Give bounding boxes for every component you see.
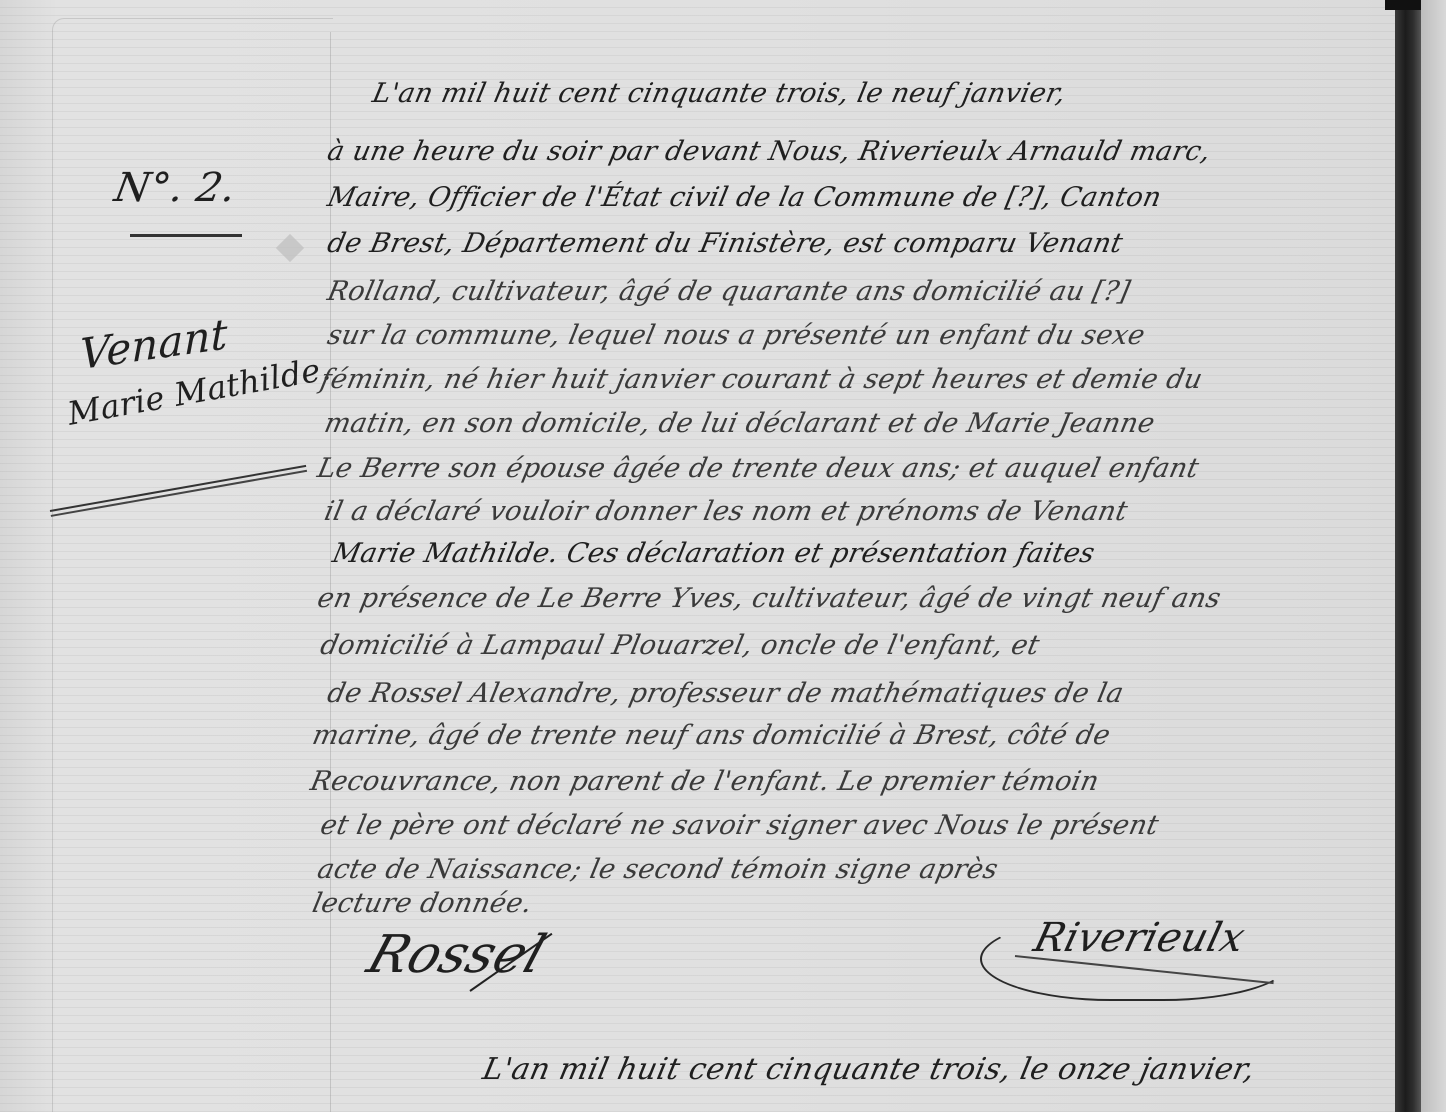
- body-line-8: matin, en son domicile, de lui déclarant…: [322, 410, 1157, 437]
- signature-mayor-block: Riverieulx: [975, 905, 1295, 1015]
- body-line-7: féminin, né hier huit janvier courant à …: [318, 366, 1205, 393]
- body-line-15: marine, âgé de trente neuf ans domicilié…: [310, 722, 1113, 749]
- signature-witness: Rossel: [360, 925, 553, 985]
- body-line-13: domicilié à Lampaul Plouarzel, oncle de …: [318, 632, 1042, 659]
- body-line-17: et le père ont déclaré ne savoir signer …: [318, 812, 1161, 839]
- body-line-19: lecture donnée.: [310, 890, 535, 917]
- signature-mayor: Riverieulx: [1029, 915, 1249, 961]
- entry-number-underline: [130, 234, 242, 237]
- body-line-11: Marie Mathilde. Ces déclaration et prése…: [330, 540, 1097, 567]
- body-line-4: de Brest, Département du Finistère, est …: [325, 230, 1125, 257]
- body-line-6: sur la commune, lequel nous a présenté u…: [325, 322, 1147, 349]
- book-binding-gutter: [1395, 0, 1421, 1112]
- body-line-18: acte de Naissance; le second témoin sign…: [315, 856, 1000, 883]
- facing-page-edge: [1421, 0, 1446, 1112]
- body-line-2: à une heure du soir par devant Nous, Riv…: [325, 138, 1213, 165]
- body-line-5: Rolland, cultivateur, âgé de quarante an…: [325, 278, 1133, 305]
- body-line-3: Maire, Officier de l'État civil de la Co…: [325, 184, 1164, 211]
- body-line-12: en présence de Le Berre Yves, cultivateu…: [315, 585, 1223, 612]
- next-entry-first-line: L'an mil huit cent cinquante trois, le o…: [480, 1055, 1257, 1085]
- register-page: N°. 2. Venant Marie Mathilde. L'an mil h…: [0, 0, 1446, 1112]
- body-line-1: L'an mil huit cent cinquante trois, le n…: [370, 80, 1068, 107]
- body-line-9: Le Berre son épouse âgée de trente deux …: [315, 455, 1201, 482]
- body-line-10: il a déclaré vouloir donner les nom et p…: [322, 498, 1130, 525]
- body-line-16: Recouvrance, non parent de l'enfant. Le …: [308, 768, 1101, 795]
- entry-number: N°. 2.: [111, 165, 240, 211]
- body-line-14: de Rossel Alexandre, professeur de mathé…: [325, 680, 1126, 707]
